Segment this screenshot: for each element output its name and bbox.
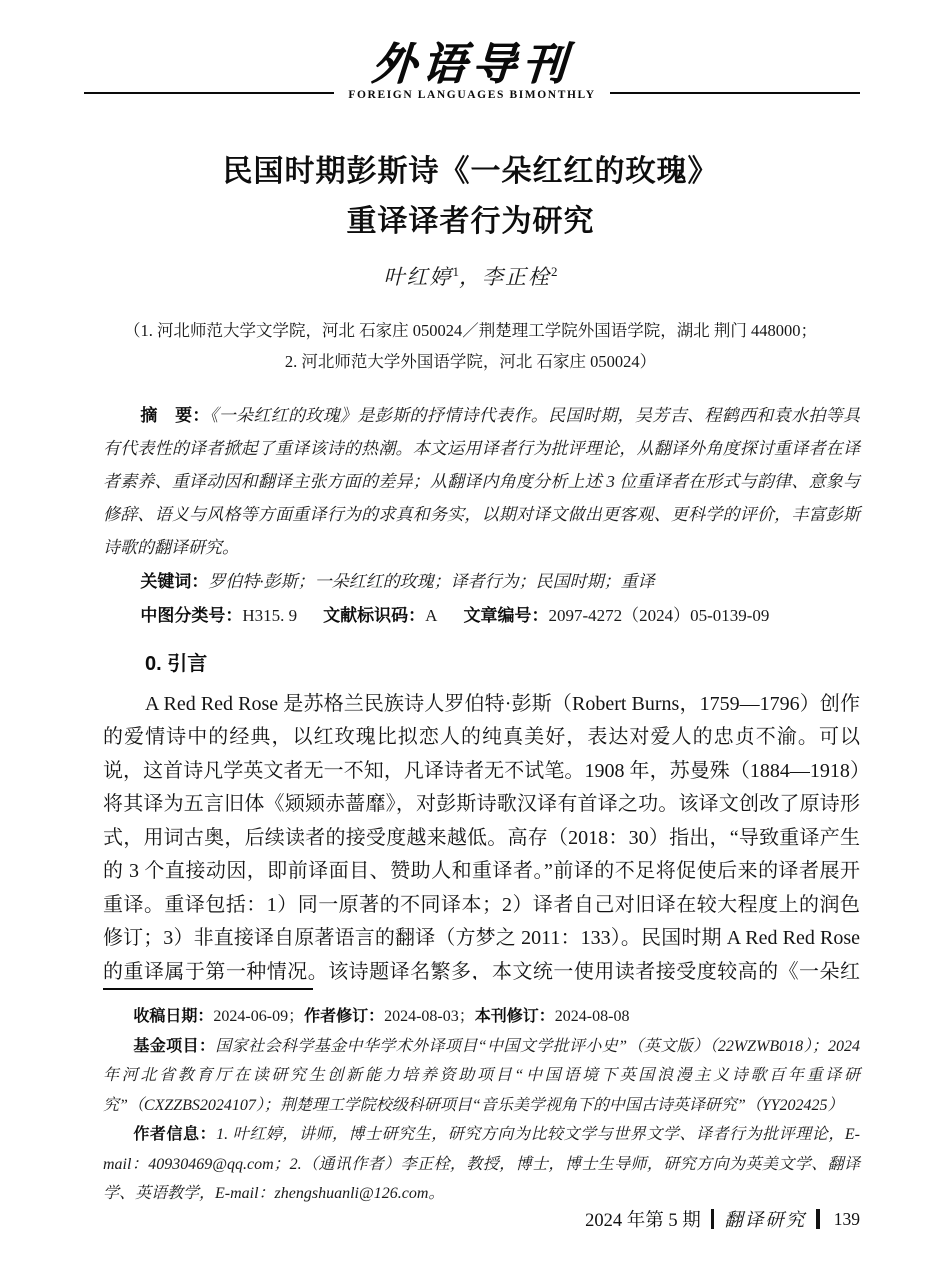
affiliation-line1: （1. 河北师范大学文学院，河北 石家庄 050024／荆楚理工学院外国语学院，… [0, 315, 941, 346]
journal-logo-chinese: 外语导刊 [370, 42, 573, 88]
footer-column-name: 翻译研究 [724, 1206, 806, 1232]
doc-code-label: 文献标识码： [323, 606, 425, 625]
author-sup-2: 2 [551, 264, 558, 279]
article-title: 民国时期彭斯诗《一朵红红的玫瑰》 重译译者行为研究 [0, 147, 941, 247]
footer-divider-bar-2 [816, 1209, 820, 1229]
article-title-line2: 重译译者行为研究 [0, 197, 941, 247]
abstract-block: 摘 要：《一朵红红的玫瑰》是彭斯的抒情诗代表作。民国时期，吴芳吉、程鹤西和袁水拍… [103, 399, 860, 632]
author-name-2: 李正栓 [482, 265, 551, 289]
affiliation-block: （1. 河北师范大学文学院，河北 石家庄 050024／荆楚理工学院外国语学院，… [0, 315, 941, 377]
article-id-value: 2097-4272（2024）05-0139-09 [548, 606, 769, 625]
section-heading-introduction: 0. 引言 [103, 648, 860, 682]
abstract-label: 摘 要： [140, 406, 209, 425]
body-paragraph-1: A Red Red Rose 是苏格兰民族诗人罗伯特·彭斯（Robert Bur… [103, 688, 860, 1023]
journal-header: 外语导刊 FOREIGN LANGUAGES BIMONTHLY [0, 0, 941, 101]
page-footer: 2024 年第 5 期 翻译研究 139 [585, 1206, 860, 1232]
journal-logo-english: FOREIGN LANGUAGES BIMONTHLY [348, 89, 595, 101]
author-info-text: 1. 叶红婷，讲师，博士研究生，研究方向为比较文学与世界文学、译者行为批评理论，… [103, 1126, 860, 1202]
author-name-1: 叶红婷 [384, 265, 453, 289]
received-date: 2024-06-09； [213, 1008, 304, 1025]
clc-label: 中图分类号： [140, 606, 242, 625]
doc-code-value: A [425, 606, 437, 625]
header-rule-right [610, 92, 860, 94]
article-id-label: 文章编号： [463, 606, 548, 625]
journal-logo: 外语导刊 FOREIGN LANGUAGES BIMONTHLY [334, 42, 609, 101]
received-date-label: 收稿日期： [133, 1008, 213, 1025]
footnote-authors-line: 作者信息：1. 叶红婷，讲师，博士研究生，研究方向为比较文学与世界文学、译者行为… [103, 1120, 860, 1209]
keywords-label: 关键词： [140, 572, 208, 591]
footer-issue: 2024 年第 5 期 [585, 1206, 701, 1232]
keywords-line: 关键词：罗伯特·彭斯；一朵红红的玫瑰；译者行为；民国时期；重译 [103, 565, 860, 598]
abstract-text: 《一朵红红的玫瑰》是彭斯的抒情诗代表作。民国时期，吴芳吉、程鹤西和袁水拍等具有代… [103, 406, 860, 557]
author-revised-label: 作者修订： [304, 1008, 384, 1025]
author-separator: ， [459, 265, 482, 289]
author-line: 叶红婷1，李正栓2 [0, 261, 941, 291]
journal-page: 外语导刊 FOREIGN LANGUAGES BIMONTHLY 民国时期彭斯诗… [0, 0, 941, 1267]
header-rule-left [84, 92, 334, 94]
article-title-line1: 民国时期彭斯诗《一朵红红的玫瑰》 [0, 147, 941, 197]
author-info-label: 作者信息： [133, 1126, 216, 1143]
author-revised-date: 2024-08-03； [384, 1008, 475, 1025]
footnote-rule [103, 988, 313, 990]
affiliation-line2: 2. 河北师范大学外国语学院，河北 石家庄 050024） [0, 346, 941, 377]
abstract-paragraph: 摘 要：《一朵红红的玫瑰》是彭斯的抒情诗代表作。民国时期，吴芳吉、程鹤西和袁水拍… [103, 399, 860, 564]
footnote-dates-line: 收稿日期：2024-06-09；作者修订：2024-08-03；本刊修订：202… [103, 1002, 860, 1032]
funding-label: 基金项目： [133, 1038, 215, 1055]
keywords-text: 罗伯特·彭斯；一朵红红的玫瑰；译者行为；民国时期；重译 [208, 572, 654, 591]
funding-text: 国家社会科学基金中华学术外译项目“中国文学批评小史”（英文版）（22WZWB01… [103, 1038, 860, 1114]
journal-revised-label: 本刊修订： [475, 1008, 555, 1025]
footer-page-number: 139 [834, 1209, 860, 1230]
footnote-funding-line: 基金项目：国家社会科学基金中华学术外译项目“中国文学批评小史”（英文版）（22W… [103, 1032, 860, 1121]
footer-divider-bar-1 [711, 1209, 715, 1229]
journal-revised-date: 2024-08-08 [555, 1008, 630, 1025]
classification-line: 中图分类号：H315. 9文献标识码：A文章编号：2097-4272（2024）… [103, 599, 860, 632]
clc-value: H315. 9 [242, 606, 297, 625]
